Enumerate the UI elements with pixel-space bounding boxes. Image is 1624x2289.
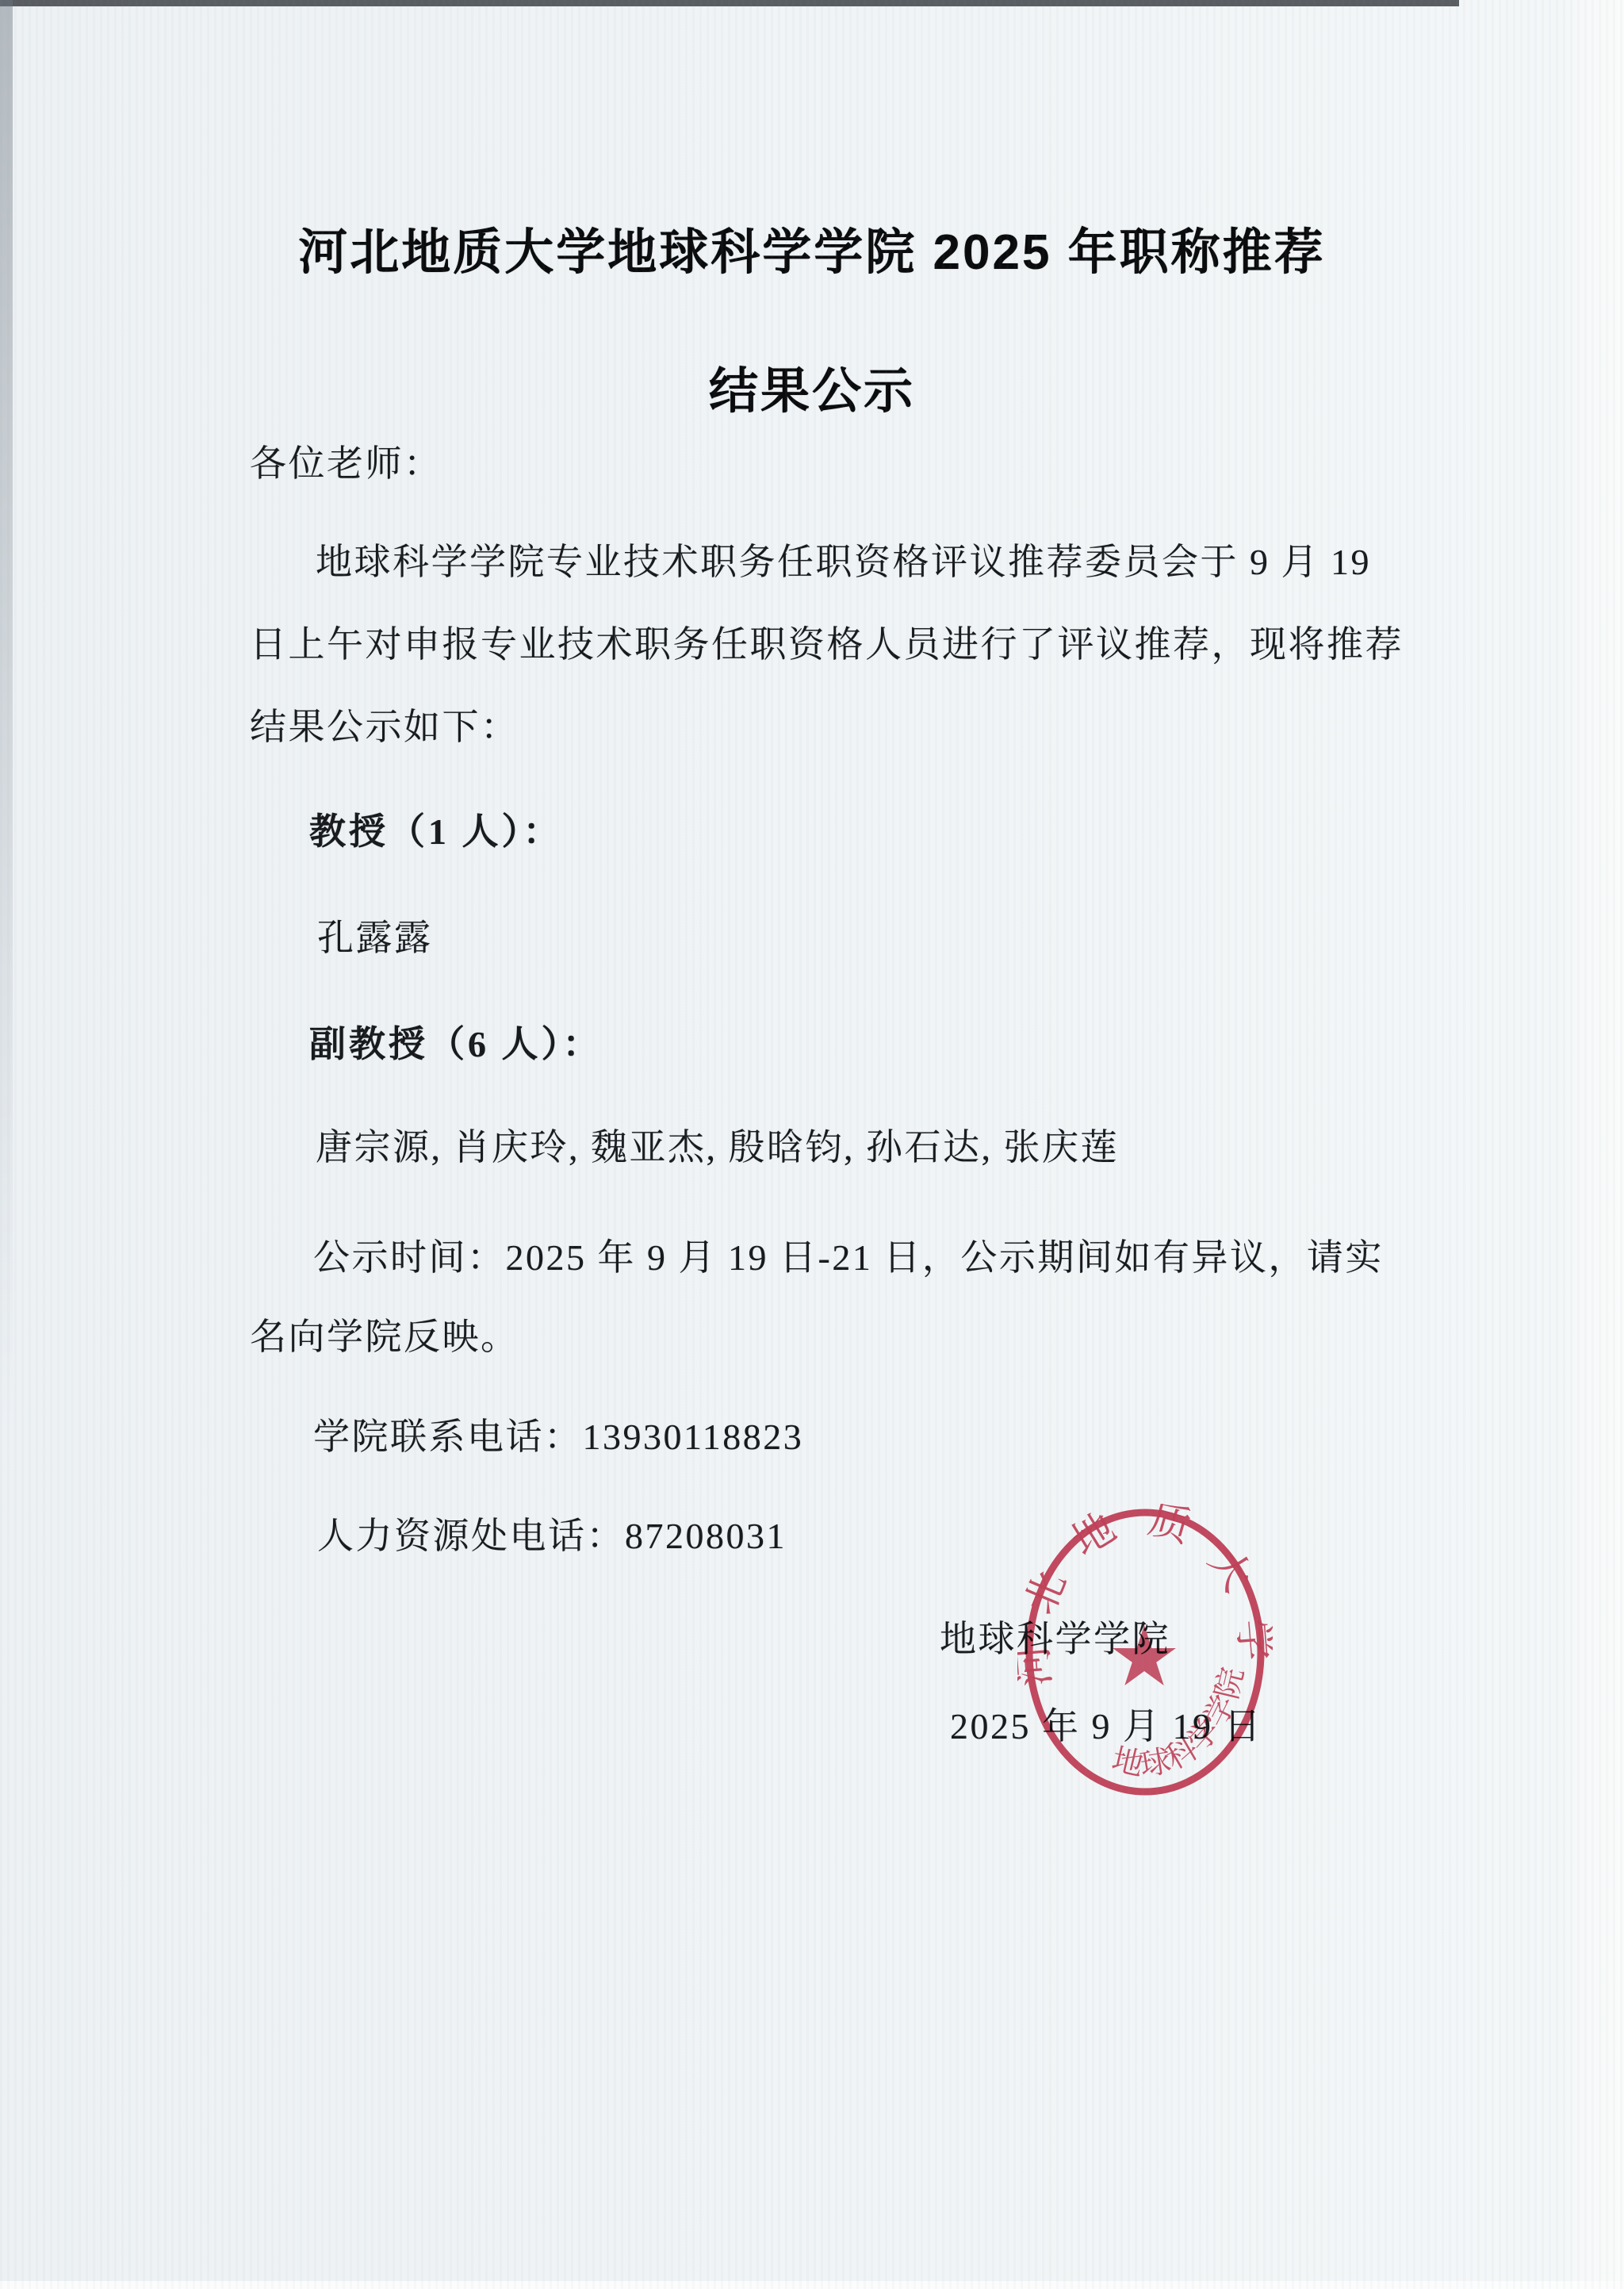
seal-college-name: 地球科学学院 [1109, 1664, 1251, 1782]
intro-line-2: 日上午对申报专业技术职务任职资格人员进行了评议推荐，现将推荐 [250, 615, 1404, 668]
hr-phone-label: 人力资源处电话： [317, 1516, 625, 1556]
notice-line-1: 公示时间：2025 年 9 月 19 日-21 日，公示期间如有异议，请实 [313, 1229, 1384, 1281]
notice-line-2: 名向学院反映。 [250, 1308, 519, 1360]
section-heading-professor: 教授（1 人）： [309, 803, 563, 855]
document-title-line-1: 河北地质大学地球科学学院 2025 年职称推荐 [0, 213, 1624, 283]
professor-names: 孔露露 [317, 909, 433, 961]
section-heading-associate-professor: 副教授（6 人）： [309, 1015, 603, 1068]
document-title-line-2: 结果公示 [0, 351, 1624, 422]
hr-phone-number: 87208031 [625, 1516, 787, 1556]
scan-edge-top [0, 0, 1459, 6]
official-seal: 河北地质大学 地球科学学院 [1017, 1504, 1273, 1804]
intro-line-1: 地球科学学院专业技术职务任职资格评议推荐委员会于 9 月 19 [316, 533, 1371, 585]
salutation: 各位老师： [250, 435, 442, 487]
intro-line-3: 结果公示如下： [250, 698, 519, 750]
college-phone-line: 学院联系电话：13930118823 [313, 1408, 803, 1460]
scan-edge-bottom [0, 2281, 1624, 2289]
college-phone-number: 13930118823 [583, 1417, 804, 1457]
hr-phone-line: 人力资源处电话：87208031 [317, 1507, 787, 1559]
announcement-document: 河北地质大学地球科学学院 2025 年职称推荐 结果公示 各位老师： 地球科学学… [0, 0, 1624, 2289]
associate-professor-names: 唐宗源, 肖庆玲, 魏亚杰, 殷晗钧, 孙石达, 张庆莲 [316, 1118, 1119, 1171]
seal-star-icon [1113, 1625, 1176, 1685]
college-phone-label: 学院联系电话： [313, 1417, 583, 1457]
